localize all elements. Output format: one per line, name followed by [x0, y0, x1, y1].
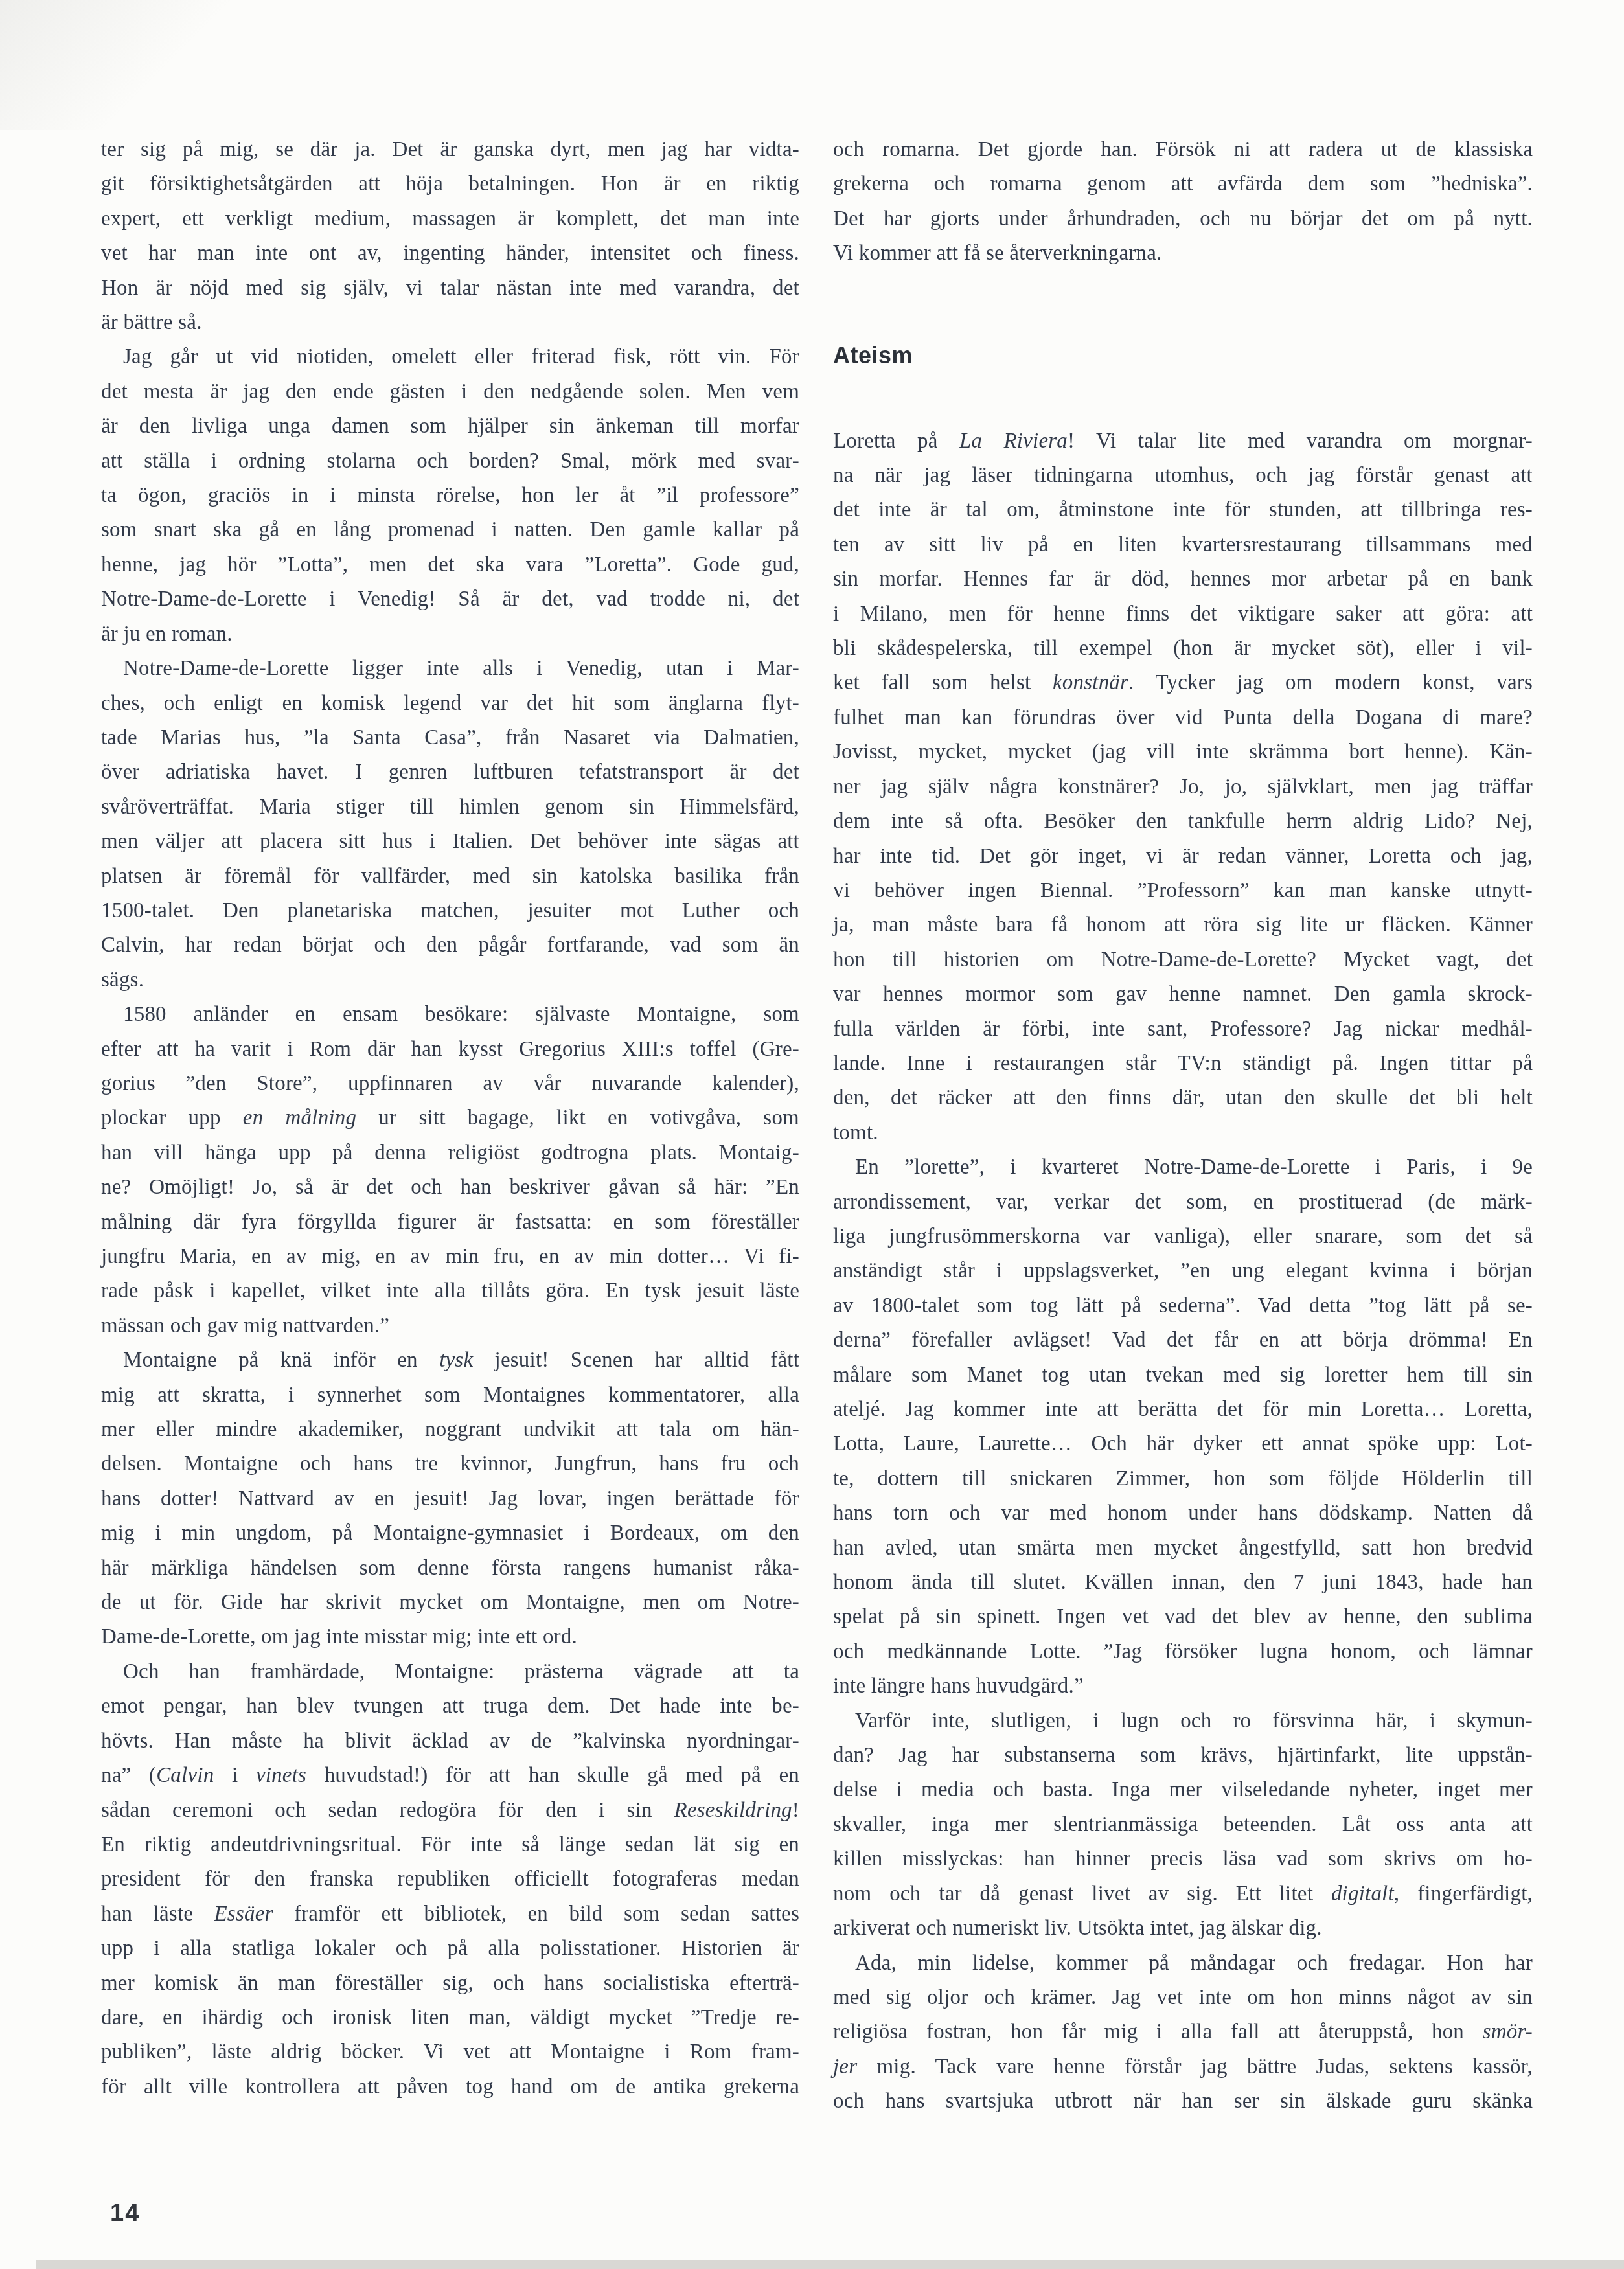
- text-line: dem inte så ofta. Besöker den tankfulle …: [833, 804, 1533, 839]
- text-line: grekerna och romarna genom att avfärda d…: [833, 167, 1533, 201]
- paragraph: Ada, min lidelse, kommer på måndagar och…: [833, 1946, 1533, 2119]
- text-line: killen misslyckas: han hinner precis läs…: [833, 1842, 1533, 1876]
- text-line: spelat på sin spinett. Ingen vet vad det…: [833, 1600, 1533, 1634]
- paragraph: ter sig på mig, se där ja. Det är ganska…: [101, 133, 799, 340]
- text-line: Calvin, har redan börjat och den pågår f…: [101, 928, 799, 963]
- page-number: 14: [110, 2200, 140, 2228]
- text-line: svåröverträffat. Maria stiger till himle…: [101, 790, 799, 825]
- text-line: tade Marias hus, ”la Santa Casa”, från N…: [101, 721, 799, 755]
- text-line: 1580 anländer en ensam besökare: självas…: [101, 998, 799, 1032]
- scan-shadow-top-left: [0, 0, 233, 130]
- text-line: ja, man måste bara få honom att röra sig…: [833, 908, 1533, 942]
- text-line: vi behöver ingen Biennal. ”Professorn” k…: [833, 874, 1533, 908]
- paragraph: Och han framhärdade, Montaigne: prästern…: [101, 1655, 799, 2104]
- text-line: han vill hänga upp på denna religiöst go…: [101, 1136, 799, 1170]
- text-line: mer eller mindre akademiker, noggrant un…: [101, 1413, 799, 1447]
- text-line: nom och tar då genast livet av sig. Ett …: [833, 1877, 1533, 1911]
- text-line: Lotta, Laure, Laurette… Och här dyker et…: [833, 1427, 1533, 1461]
- text-line: är ju en roman.: [101, 617, 799, 652]
- text-line: sägs.: [101, 963, 799, 998]
- text-line: i Milano, men för henne finns det viktig…: [833, 597, 1533, 632]
- text-column-left: ter sig på mig, se där ja. Det är ganska…: [101, 133, 799, 2104]
- text-line: Loretta på La Riviera! Vi talar lite med…: [833, 424, 1533, 459]
- text-line: Notre-Dame-de-Lorette i Venedig! Så är d…: [101, 582, 799, 617]
- text-line: han avled, utan smärta men mycket ångest…: [833, 1531, 1533, 1566]
- text-line: han läste Essäer framför ett bibliotek, …: [101, 1897, 799, 1932]
- paragraph: Loretta på La Riviera! Vi talar lite med…: [833, 424, 1533, 1151]
- text-line: och medkännande Lotte. ”Jag försöker lug…: [833, 1635, 1533, 1669]
- text-line: målning där fyra förgyllda figurer är fa…: [101, 1205, 799, 1240]
- text-line: sådan ceremoni och sedan redogöra för de…: [101, 1794, 799, 1828]
- text-line: anständigt står i uppslagsverket, ”en un…: [833, 1254, 1533, 1288]
- text-line: vet har man inte ont av, ingenting hände…: [101, 236, 799, 271]
- text-line: Notre-Dame-de-Lorette ligger inte alls i…: [101, 652, 799, 686]
- text-line: fulhet man kan förundras över vid Punta …: [833, 701, 1533, 735]
- text-line: Hon är nöjd med sig själv, vi talar näst…: [101, 271, 799, 306]
- text-line: och romarna. Det gjorde han. Försök ni a…: [833, 133, 1533, 167]
- text-line: derna” förefaller avlägset! Vad det får …: [833, 1323, 1533, 1358]
- text-line: ten av sitt liv på en liten kvartersrest…: [833, 528, 1533, 562]
- text-line: hon till historien om Notre-Dame-de-Lore…: [833, 943, 1533, 977]
- text-line: Varför inte, slutligen, i lugn och ro fö…: [833, 1704, 1533, 1739]
- text-line: mässan och gav mig nattvarden.”: [101, 1309, 799, 1343]
- text-column-right: och romarna. Det gjorde han. Försök ni a…: [833, 133, 1533, 2119]
- text-line: Montaigne på knä inför en tysk jesuit! S…: [101, 1343, 799, 1378]
- text-line: har inte tid. Det gör inget, vi är redan…: [833, 839, 1533, 874]
- text-line: efter att ha varit i Rom där han kysst G…: [101, 1032, 799, 1067]
- text-line: En ”lorette”, i kvarteret Notre-Dame-de-…: [833, 1150, 1533, 1185]
- text-line: ches, och enligt en komisk legend var de…: [101, 687, 799, 721]
- text-line: och hans svartsjuka utbrott när han ser …: [833, 2084, 1533, 2119]
- text-line: Det har gjorts under århundraden, och nu…: [833, 202, 1533, 236]
- text-line: ner jag själv några konstnärer? Jo, jo, …: [833, 770, 1533, 804]
- page-bottom-edge-shadow: [36, 2260, 1624, 2269]
- text-line: Ada, min lidelse, kommer på måndagar och…: [833, 1946, 1533, 1981]
- text-line: ta ögon, graciös in i minsta rörelse, ho…: [101, 479, 799, 513]
- text-line: målare som Manet tog utan tvekan med sig…: [833, 1358, 1533, 1393]
- text-line: mig i min ungdom, på Montaigne-gymnasiet…: [101, 1516, 799, 1551]
- text-line: de ut för. Gide har skrivit mycket om Mo…: [101, 1586, 799, 1620]
- text-line: med sig oljor och krämer. Jag vet inte o…: [833, 1981, 1533, 2015]
- text-line: tomt.: [833, 1116, 1533, 1150]
- section-heading: Ateism: [833, 341, 1533, 370]
- text-line: expert, ett verkligt medium, massagen är…: [101, 202, 799, 236]
- text-line: hans torn och var med honom under hans d…: [833, 1496, 1533, 1531]
- text-line: emot pengar, han blev tvungen att truga …: [101, 1689, 799, 1724]
- text-line: Dame-de-Lorette, om jag inte misstar mig…: [101, 1620, 799, 1654]
- text-line: platsen är föremål för vallfärder, med s…: [101, 860, 799, 894]
- text-line: publiken”, läste aldrig böcker. Vi vet a…: [101, 2035, 799, 2069]
- paragraph: Varför inte, slutligen, i lugn och ro fö…: [833, 1704, 1533, 1946]
- text-line: för allt ville kontrollera att påven tog…: [101, 2070, 799, 2104]
- text-line: över adriatiska havet. I genren luftbure…: [101, 755, 799, 790]
- text-line: skvaller, inga mer slentrianmässiga bete…: [833, 1808, 1533, 1842]
- text-line: gorius ”den Store”, uppfinnaren av vår n…: [101, 1067, 799, 1101]
- text-line: plockar upp en målning ur sitt bagage, l…: [101, 1101, 799, 1135]
- paragraph: Montaigne på knä inför en tysk jesuit! S…: [101, 1343, 799, 1655]
- text-line: arkiverat och numeriskt liv. Utsökta int…: [833, 1911, 1533, 1946]
- text-line: att ställa i ordning stolarna och borden…: [101, 444, 799, 479]
- text-line: Jovisst, mycket, mycket (jag vill inte s…: [833, 735, 1533, 770]
- text-line: bli skådespelerska, till exempel (hon är…: [833, 632, 1533, 666]
- text-line: En riktig andeutdrivningsritual. För int…: [101, 1828, 799, 1862]
- text-line: rade påsk i kapellet, vilket inte alla t…: [101, 1274, 799, 1308]
- text-line: sin morfar. Hennes far är död, hennes mo…: [833, 562, 1533, 597]
- text-line: det inte är tal om, åtminstone inte för …: [833, 493, 1533, 527]
- text-line: delse i media och basta. Inga mer vilsel…: [833, 1773, 1533, 1807]
- text-line: arrondissement, var, verkar det som, en …: [833, 1185, 1533, 1220]
- text-line: honom ända till slutet. Kvällen innan, d…: [833, 1566, 1533, 1600]
- text-line: ket fall som helst konstnär. Tycker jag …: [833, 666, 1533, 700]
- text-line: Vi kommer att få se återverkningarna.: [833, 236, 1533, 271]
- text-line: är den livliga unga damen som hjälper si…: [101, 409, 799, 444]
- text-line: som snart ska gå en lång promenad i natt…: [101, 513, 799, 547]
- text-line: av 1800-talet som tog lätt på sederna”. …: [833, 1289, 1533, 1323]
- text-line: henne, jag hör ”Lotta”, men det ska vara…: [101, 548, 799, 582]
- text-line: det mesta är jag den ende gästen i den n…: [101, 375, 799, 409]
- text-line: var hennes mormor som gav henne namnet. …: [833, 977, 1533, 1012]
- text-line: är bättre så.: [101, 306, 799, 340]
- text-line: inte längre hans huvudgärd.”: [833, 1669, 1533, 1704]
- text-line: 1500-talet. Den planetariska matchen, je…: [101, 894, 799, 928]
- text-line: na” (Calvin i vinets huvudstad!) för att…: [101, 1759, 799, 1793]
- text-line: lande. Inne i restaurangen står TV:n stä…: [833, 1047, 1533, 1081]
- paragraph: och romarna. Det gjorde han. Försök ni a…: [833, 133, 1533, 271]
- text-line: mer komisk än man föreställer sig, och h…: [101, 1967, 799, 2001]
- text-line: jer mig. Tack vare henne förstår jag bät…: [833, 2050, 1533, 2084]
- paragraph: Jag går ut vid niotiden, omelett eller f…: [101, 340, 799, 652]
- text-line: religiösa fostran, hon får mig i alla fa…: [833, 2015, 1533, 2049]
- text-line: ateljé. Jag kommer inte att berätta det …: [833, 1393, 1533, 1427]
- text-line: hans dotter! Nattvard av en jesuit! Jag …: [101, 1482, 799, 1516]
- text-line: jungfru Maria, en av mig, en av min fru,…: [101, 1240, 799, 1274]
- text-line: fulla världen är förbi, inte sant, Profe…: [833, 1012, 1533, 1047]
- text-line: dan? Jag har substanserna som krävs, hjä…: [833, 1739, 1533, 1773]
- text-line: Och han framhärdade, Montaigne: prästern…: [101, 1655, 799, 1689]
- paragraph: Notre-Dame-de-Lorette ligger inte alls i…: [101, 652, 799, 998]
- text-line: ter sig på mig, se där ja. Det är ganska…: [101, 133, 799, 167]
- text-line: ne? Omöjligt! Jo, så är det och han besk…: [101, 1170, 799, 1205]
- text-line: här märkliga händelsen som denne första …: [101, 1551, 799, 1586]
- text-line: na när jag läser tidningarna utomhus, oc…: [833, 459, 1533, 493]
- paragraph: 1580 anländer en ensam besökare: självas…: [101, 998, 799, 1343]
- text-line: president för den franska republiken off…: [101, 1862, 799, 1897]
- text-line: liga jungfrusömmerskorna var vanliga), e…: [833, 1220, 1533, 1254]
- text-line: hövts. Han måste ha blivit äcklad av de …: [101, 1724, 799, 1759]
- text-line: men väljer att placera sitt hus i Italie…: [101, 825, 799, 859]
- text-line: te, dottern till snickaren Zimmer, hon s…: [833, 1462, 1533, 1496]
- text-line: git försiktighetsåtgärden att höja betal…: [101, 167, 799, 201]
- text-line: delsen. Montaigne och hans tre kvinnor, …: [101, 1447, 799, 1481]
- text-line: mig att skratta, i synnerhet som Montaig…: [101, 1378, 799, 1413]
- text-line: upp i alla statliga lokaler och på alla …: [101, 1932, 799, 1966]
- text-line: den, det räcker att den finns där, utan …: [833, 1081, 1533, 1115]
- text-line: dare, en ihärdig och ironisk liten man, …: [101, 2001, 799, 2035]
- text-line: Jag går ut vid niotiden, omelett eller f…: [101, 340, 799, 374]
- paragraph: En ”lorette”, i kvarteret Notre-Dame-de-…: [833, 1150, 1533, 1704]
